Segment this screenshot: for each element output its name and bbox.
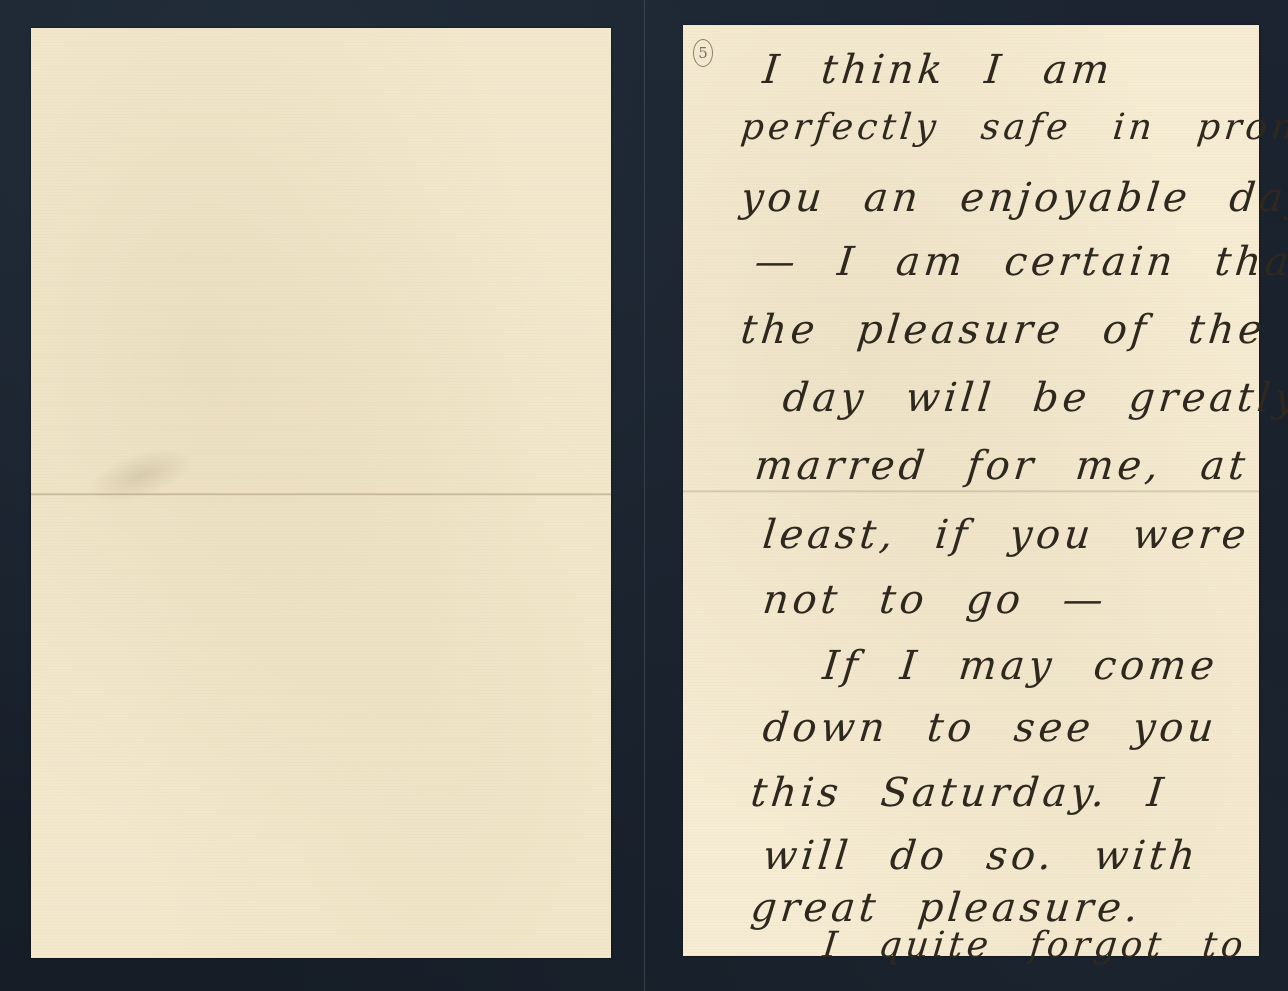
book-spine-fold <box>643 0 646 991</box>
text-line: perfectly safe in promising <box>739 107 1288 148</box>
left-page-blank <box>31 28 611 958</box>
text-line: not to go — <box>761 577 1110 623</box>
text-line: down to see you <box>761 705 1220 751</box>
text-line: this Saturday. I <box>749 770 1170 816</box>
text-line: you an enjoyable day <box>739 175 1288 221</box>
text-line: day will be greatly <box>781 375 1288 421</box>
text-line: I quite forgot to <box>821 925 1249 966</box>
handwritten-text: I think I am perfectly safe in promising… <box>683 25 1259 956</box>
paper-stain <box>82 437 201 514</box>
text-line: I think I am <box>761 47 1116 93</box>
fold-crease <box>31 493 611 496</box>
right-page-letter: 5 I think I am perfectly safe in promisi… <box>683 25 1259 956</box>
text-line: least, if you were <box>761 512 1252 558</box>
text-line: marred for me, at <box>753 443 1252 489</box>
text-line: If I may come <box>821 643 1221 689</box>
text-line: the pleasure of the <box>739 307 1269 353</box>
text-line: — I am certain that <box>753 239 1288 285</box>
text-line: will do so. with <box>761 833 1202 879</box>
